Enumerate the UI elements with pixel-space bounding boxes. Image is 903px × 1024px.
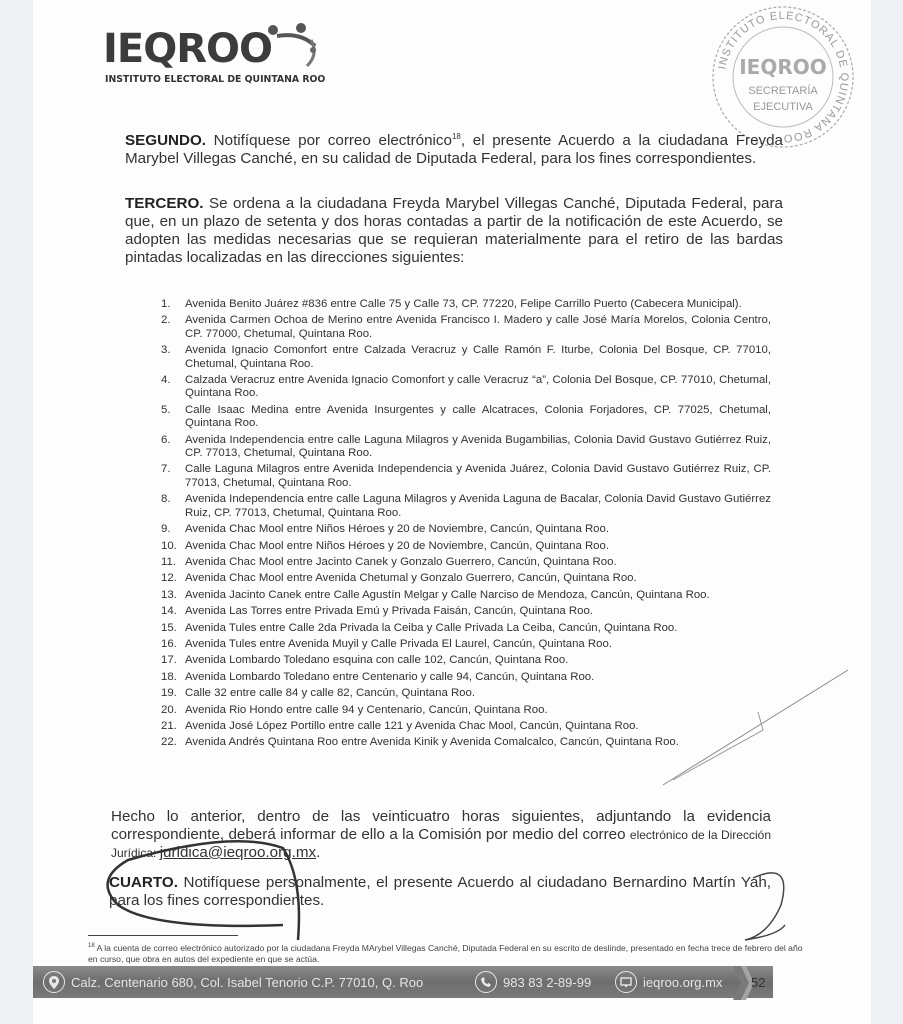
- address-list: 1.Avenida Benito Juárez #836 entre Calle…: [161, 298, 771, 753]
- address-number: 20.: [161, 704, 177, 717]
- footer-website-text: ieqroo.org.mx: [643, 975, 722, 990]
- address-item: 4.Calzada Veracruz entre Avenida Ignacio…: [161, 374, 771, 401]
- address-item: 10.Avenida Chac Mool entre Niños Héroes …: [161, 540, 771, 553]
- address-text: Avenida Independencia entre calle Laguna…: [185, 493, 771, 518]
- paragraph-hecho: Hecho lo anterior, dentro de las veintic…: [111, 808, 771, 862]
- address-number: 13.: [161, 589, 177, 602]
- tercero-label: TERCERO.: [125, 195, 203, 212]
- address-text: Avenida Ignacio Comonfort entre Calzada …: [185, 344, 771, 369]
- address-text: Avenida Jacinto Canek entre Calle Agustí…: [185, 589, 710, 601]
- paragraph-tercero: TERCERO. Se ordena a la ciudadana Freyda…: [125, 195, 783, 267]
- address-item: 6.Avenida Independencia entre calle Lagu…: [161, 434, 771, 461]
- footnote: 18 A la cuenta de correo electrónico aut…: [88, 941, 808, 965]
- address-item: 13.Avenida Jacinto Canek entre Calle Agu…: [161, 589, 771, 602]
- address-number: 21.: [161, 720, 177, 733]
- document-page: IEQROO INSTITUTO ELECTORAL DE QUINTANA R…: [33, 0, 871, 1024]
- footnote-divider: [88, 935, 238, 936]
- address-number: 10.: [161, 540, 177, 553]
- footer-phone-text: 983 83 2-89-99: [503, 975, 591, 990]
- cuarto-text: Notifíquese personalmente, el presente A…: [109, 874, 771, 909]
- address-text: Avenida Independencia entre calle Laguna…: [185, 434, 771, 459]
- address-item: 2.Avenida Carmen Ochoa de Merino entre A…: [161, 314, 771, 341]
- segundo-text-a: Notifíquese por correo electrónico: [206, 132, 452, 149]
- paragraph-cuarto: CUARTO. Notifíquese personalmente, el pr…: [109, 874, 771, 910]
- footer-website: ieqroo.org.mx: [615, 971, 722, 993]
- address-item: 12.Avenida Chac Mool entre Avenida Chetu…: [161, 572, 771, 585]
- address-text: Avenida Andrés Quintana Roo entre Avenid…: [185, 736, 679, 748]
- address-item: 14.Avenida Las Torres entre Privada Emú …: [161, 605, 771, 618]
- logo-figure-icon: [263, 22, 323, 72]
- address-number: 5.: [161, 404, 171, 417]
- address-number: 15.: [161, 622, 177, 635]
- page-number: 52: [751, 975, 765, 990]
- address-item: 8.Avenida Independencia entre calle Lagu…: [161, 493, 771, 520]
- address-number: 1.: [161, 298, 171, 311]
- address-text: Avenida Rio Hondo entre calle 94 y Cente…: [185, 704, 548, 716]
- address-text: Avenida Chac Mool entre Niños Héroes y 2…: [185, 523, 609, 535]
- address-item: 11.Avenida Chac Mool entre Jacinto Canek…: [161, 556, 771, 569]
- address-number: 12.: [161, 572, 177, 585]
- address-number: 18.: [161, 671, 177, 684]
- footnote-text: A la cuenta de correo electrónico autori…: [88, 943, 803, 964]
- address-number: 7.: [161, 463, 171, 476]
- logo-subtitle: INSTITUTO ELECTORAL DE QUINTANA ROO: [105, 74, 325, 85]
- address-item: 21.Avenida José López Portillo entre cal…: [161, 720, 771, 733]
- ieqroo-logo: IEQROO INSTITUTO ELECTORAL DE QUINTANA R…: [103, 22, 313, 92]
- footer-phone: 983 83 2-89-99: [475, 971, 591, 993]
- address-item: 15.Avenida Tules entre Calle 2da Privada…: [161, 622, 771, 635]
- address-item: 16.Avenida Tules entre Avenida Muyil y C…: [161, 638, 771, 651]
- address-text: Avenida Tules entre Avenida Muyil y Call…: [185, 638, 612, 650]
- footer-address-text: Calz. Centenario 680, Col. Isabel Tenori…: [71, 975, 423, 990]
- footer-address: Calz. Centenario 680, Col. Isabel Tenori…: [43, 971, 423, 993]
- address-text: Avenida Tules entre Calle 2da Privada la…: [185, 622, 677, 634]
- address-number: 22.: [161, 736, 177, 749]
- address-number: 17.: [161, 654, 177, 667]
- address-text: Avenida Chac Mool entre Jacinto Canek y …: [185, 556, 617, 568]
- address-number: 3.: [161, 344, 171, 357]
- address-number: 14.: [161, 605, 177, 618]
- address-number: 16.: [161, 638, 177, 651]
- address-text: Avenida Carmen Ochoa de Merino entre Ave…: [185, 314, 771, 339]
- phone-icon: [475, 971, 497, 993]
- address-number: 19.: [161, 687, 177, 700]
- address-number: 8.: [161, 493, 171, 506]
- address-text: Avenida Las Torres entre Privada Emú y P…: [185, 605, 593, 617]
- location-pin-icon: [43, 971, 65, 993]
- address-item: 3.Avenida Ignacio Comonfort entre Calzad…: [161, 344, 771, 371]
- stamp-logo: IEQROO: [739, 55, 827, 79]
- address-number: 11.: [161, 556, 176, 569]
- address-item: 1.Avenida Benito Juárez #836 entre Calle…: [161, 298, 771, 311]
- monitor-icon: [615, 971, 637, 993]
- address-text: Calle Isaac Medina entre Avenida Insurge…: [185, 404, 771, 429]
- address-number: 2.: [161, 314, 171, 327]
- logo-wordmark: IEQROO: [103, 26, 272, 72]
- address-text: Avenida Benito Juárez #836 entre Calle 7…: [185, 298, 742, 310]
- address-item: 5.Calle Isaac Medina entre Avenida Insur…: [161, 404, 771, 431]
- footnote-number: 18: [88, 943, 95, 949]
- footer-bar: Calz. Centenario 680, Col. Isabel Tenori…: [33, 966, 773, 998]
- email-link[interactable]: juridica@ieqroo.org.mx: [160, 844, 316, 861]
- cuarto-label: CUARTO.: [109, 874, 178, 891]
- address-text: Avenida José López Portillo entre calle …: [185, 720, 639, 732]
- address-item: 19.Calle 32 entre calle 84 y calle 82, C…: [161, 687, 771, 700]
- address-text: Calzada Veracruz entre Avenida Ignacio C…: [185, 374, 771, 399]
- address-text: Calle Laguna Milagros entre Avenida Inde…: [185, 463, 771, 488]
- address-number: 4.: [161, 374, 171, 387]
- segundo-label: SEGUNDO.: [125, 132, 206, 149]
- address-text: Calle 32 entre calle 84 y calle 82, Canc…: [185, 687, 475, 699]
- hecho-end: .: [316, 844, 320, 861]
- address-item: 17.Avenida Lombardo Toledano esquina con…: [161, 654, 771, 667]
- address-text: Avenida Chac Mool entre Avenida Chetumal…: [185, 572, 637, 584]
- stamp-line-1: SECRETARÍA: [748, 84, 818, 97]
- address-item: 20.Avenida Rio Hondo entre calle 94 y Ce…: [161, 704, 771, 717]
- address-text: Avenida Lombardo Toledano entre Centenar…: [185, 671, 594, 683]
- address-number: 9.: [161, 523, 171, 536]
- footnote-ref: 18: [452, 132, 461, 141]
- address-text: Avenida Chac Mool entre Niños Héroes y 2…: [185, 540, 609, 552]
- address-item: 22.Avenida Andrés Quintana Roo entre Ave…: [161, 736, 771, 749]
- address-item: 9.Avenida Chac Mool entre Niños Héroes y…: [161, 523, 771, 536]
- stamp-line-2: EJECUTIVA: [753, 101, 813, 113]
- tercero-text: Se ordena a la ciudadana Freyda Marybel …: [125, 195, 783, 266]
- address-number: 6.: [161, 434, 171, 447]
- address-item: 18.Avenida Lombardo Toledano entre Cente…: [161, 671, 771, 684]
- paragraph-segundo: SEGUNDO. Notifíquese por correo electrón…: [125, 128, 783, 168]
- address-item: 7.Calle Laguna Milagros entre Avenida In…: [161, 463, 771, 490]
- address-text: Avenida Lombardo Toledano esquina con ca…: [185, 654, 568, 666]
